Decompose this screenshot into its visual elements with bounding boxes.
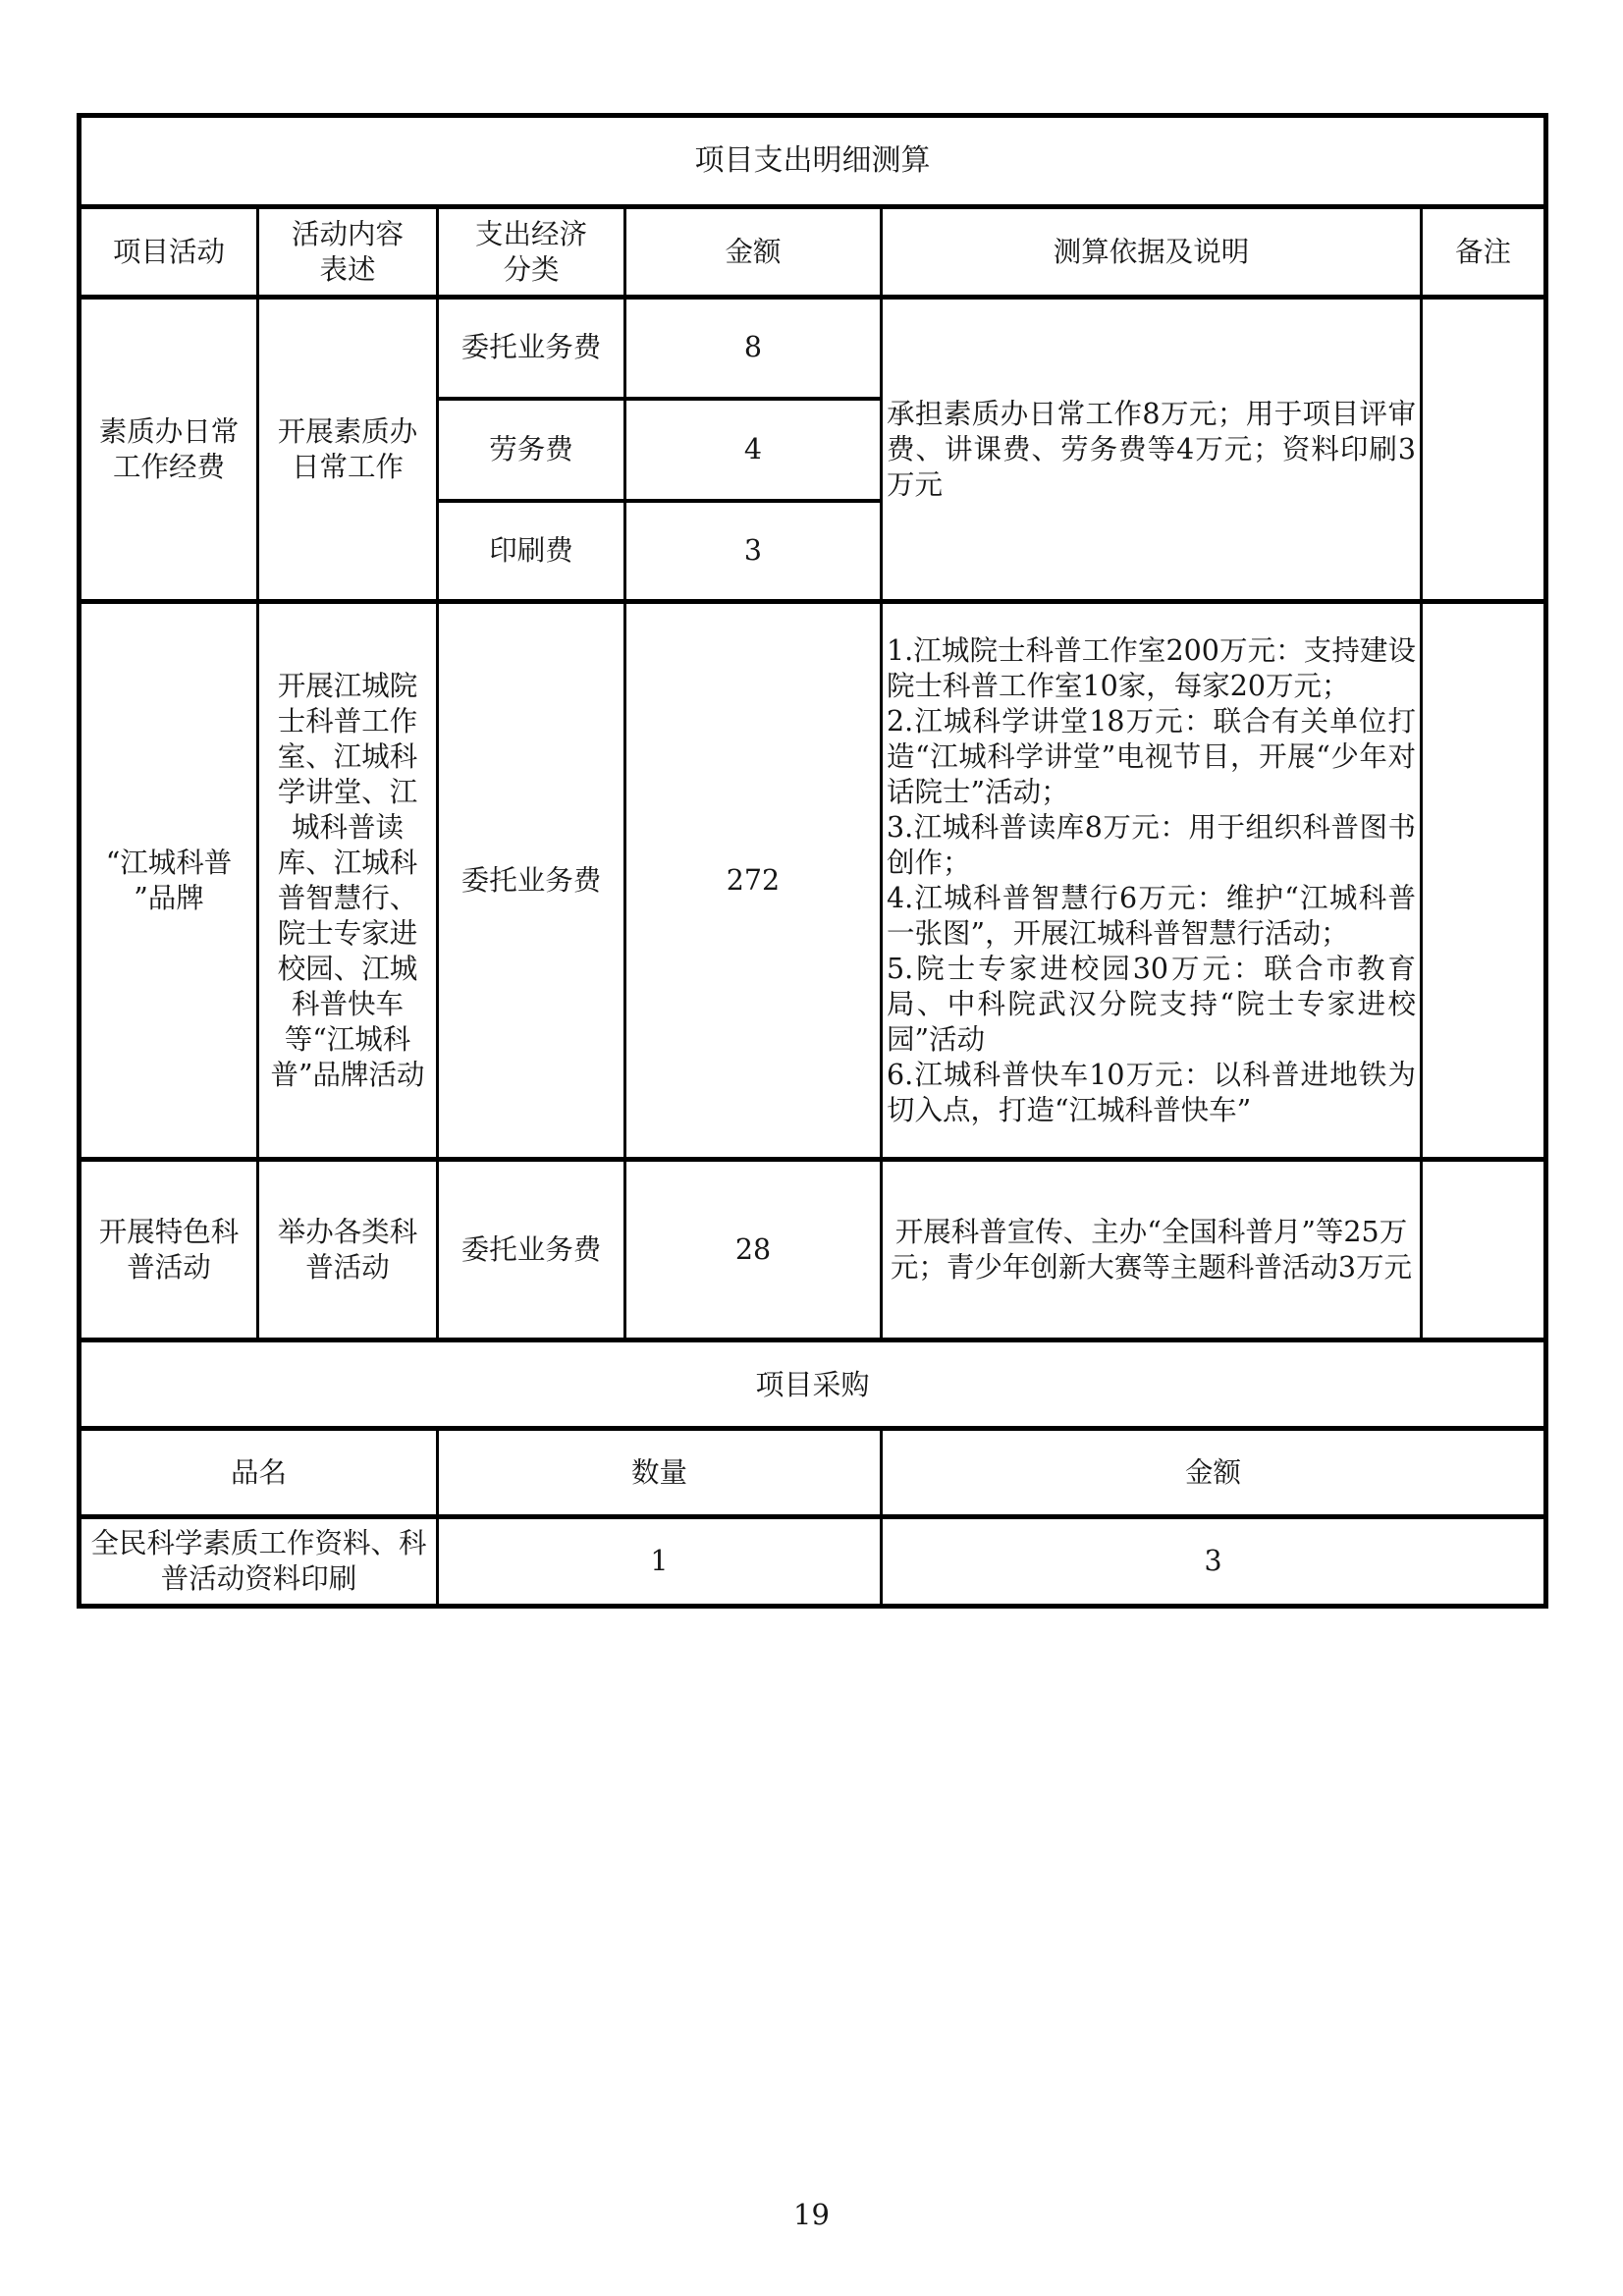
cell-amount-group1-item1: 8 [625,298,882,399]
cell-amount-group3: 28 [625,1160,882,1340]
expense-table: 项目支出明细测算 项目活动 活动内容 表述 支出经济 分类 金额 测算依据及说明… [77,113,1548,1609]
cell-category-group2: 委托业务费 [438,602,625,1160]
cell-amount-group1-item3: 3 [625,501,882,602]
cell-basis-group3: 开展科普宣传、主办“全国科普月”等25万元；青少年创新大赛等主题科普活动3万元 [882,1160,1422,1340]
purchase-header-name: 品名 [80,1429,438,1517]
cell-basis-group1: 承担素质办日常工作8万元；用于项目评审费、讲课费、劳务费等4万元；资料印刷3万元 [882,298,1422,602]
cell-category-group1-item3: 印刷费 [438,501,625,602]
purchase-row-name: 全民科学素质工作资料、科普活动资料印刷 [80,1517,438,1607]
document-page: 项目支出明细测算 项目活动 活动内容 表述 支出经济 分类 金额 测算依据及说明… [0,0,1623,2296]
cell-description-group1: 开展素质办日常工作 [258,298,438,602]
cell-remark-group1 [1422,298,1546,602]
page-number: 19 [0,2198,1623,2231]
header-project-activity: 项目活动 [80,207,258,298]
purchase-row-amount: 3 [882,1517,1546,1607]
cell-description-group2: 开展江城院士科普工作室、江城科学讲堂、江城科普读库、江城科普智慧行、院士专家进校… [258,602,438,1160]
purchase-row-quantity: 1 [438,1517,882,1607]
header-expense-category: 支出经济 分类 [438,207,625,298]
purchase-title: 项目采购 [80,1340,1546,1429]
header-amount: 金额 [625,207,882,298]
cell-activity-group2: “江城科普 ”品牌 [80,602,258,1160]
header-activity-description: 活动内容 表述 [258,207,438,298]
cell-category-group3: 委托业务费 [438,1160,625,1340]
cell-category-group1-item2: 劳务费 [438,399,625,501]
cell-description-group3: 举办各类科普活动 [258,1160,438,1340]
header-basis: 测算依据及说明 [882,207,1422,298]
purchase-header-quantity: 数量 [438,1429,882,1517]
cell-amount-group2: 272 [625,602,882,1160]
purchase-header-amount: 金额 [882,1429,1546,1517]
cell-activity-group1: 素质办日常工作经费 [80,298,258,602]
cell-remark-group3 [1422,1160,1546,1340]
cell-activity-group3: 开展特色科普活动 [80,1160,258,1340]
cell-category-group1-item1: 委托业务费 [438,298,625,399]
cell-basis-group2: 1.江城院士科普工作室200万元：支持建设院士科普工作室10家，每家20万元； … [882,602,1422,1160]
table-title: 项目支出明细测算 [80,116,1546,207]
cell-amount-group1-item2: 4 [625,399,882,501]
cell-remark-group2 [1422,602,1546,1160]
header-remark: 备注 [1422,207,1546,298]
